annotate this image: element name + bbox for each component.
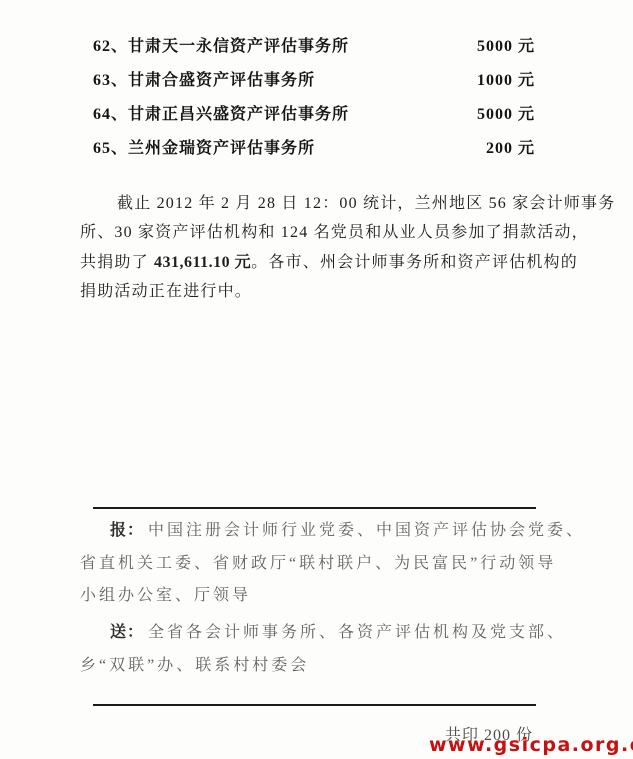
donation-list-item: 65、兰州金瑞资产评估事务所 200 元 (93, 129, 535, 163)
send-to-text: 全省各会计师事务所、各资产评估机构及党支部、 (148, 624, 566, 641)
donation-item-amount: 5000 元 (477, 101, 535, 124)
summary-line: 所、30 家资产评估机构和 124 名党员和从业人员参加了捐款活动， (80, 218, 538, 247)
donation-item-label: 62、甘肃天一永信资产评估事务所 (93, 33, 349, 56)
report-to-block: 报：中国注册会计师行业党委、中国资产评估协会党委、 省直机关工委、省财政厅“联村… (80, 515, 542, 613)
donation-list-item: 62、甘肃天一永信资产评估事务所 5000 元 (93, 27, 535, 61)
summary-line: 共捐助了 431,611.10 元。各市、州会计师事务所和资产评估机构的 (80, 248, 538, 277)
send-to-line: 送：全省各会计师事务所、各资产评估机构及党支部、 (80, 617, 542, 650)
donation-list: 62、甘肃天一永信资产评估事务所 5000 元 63、甘肃合盛资产评估事务所 1… (93, 27, 535, 163)
report-to-line: 小组办公室、厅领导 (80, 580, 542, 613)
divider-line-bottom (93, 704, 536, 706)
divider-line-top (93, 507, 536, 509)
send-to-line: 乡“双联”办、联系村村委会 (80, 650, 542, 683)
report-to-line: 报：中国注册会计师行业党委、中国资产评估协会党委、 (80, 515, 542, 548)
document-page: 62、甘肃天一永信资产评估事务所 5000 元 63、甘肃合盛资产评估事务所 1… (0, 0, 633, 759)
summary-line: 捐助活动正在进行中。 (80, 277, 538, 306)
report-to-label: 报： (110, 522, 144, 539)
summary-paragraph: 截止 2012 年 2 月 28 日 12：00 统计，兰州地区 56 家会计师… (80, 189, 538, 307)
website-watermark[interactable]: www.gsicpa.org.cn (429, 734, 633, 756)
send-to-block: 送：全省各会计师事务所、各资产评估机构及党支部、 乡“双联”办、联系村村委会 (80, 617, 542, 682)
summary-text: 。各市、州会计师事务所和资产评估机构的 (251, 254, 578, 271)
donation-item-amount: 5000 元 (477, 33, 535, 56)
summary-text: 共捐助了 (80, 254, 154, 271)
send-to-label: 送： (110, 624, 144, 641)
donation-item-amount: 1000 元 (477, 67, 535, 90)
donation-list-item: 63、甘肃合盛资产评估事务所 1000 元 (93, 61, 535, 95)
donation-item-label: 64、甘肃正昌兴盛资产评估事务所 (93, 101, 349, 124)
summary-line: 截止 2012 年 2 月 28 日 12：00 统计，兰州地区 56 家会计师… (80, 189, 538, 218)
donation-total-amount: 431,611.10 元 (154, 254, 251, 271)
donation-item-label: 65、兰州金瑞资产评估事务所 (93, 135, 315, 158)
donation-item-label: 63、甘肃合盛资产评估事务所 (93, 67, 315, 90)
report-to-text: 中国注册会计师行业党委、中国资产评估协会党委、 (148, 522, 585, 539)
donation-item-amount: 200 元 (486, 135, 535, 158)
report-to-line: 省直机关工委、省财政厅“联村联户、为民富民”行动领导 (80, 548, 542, 581)
donation-list-item: 64、甘肃正昌兴盛资产评估事务所 5000 元 (93, 95, 535, 129)
